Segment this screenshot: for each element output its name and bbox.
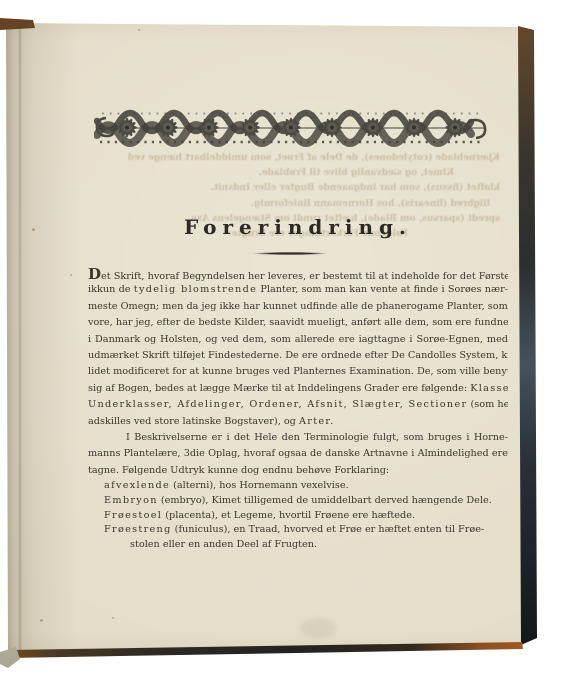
show-through-line: Kjærneblade (cotyledones), de Dele af Fr… <box>92 151 500 166</box>
body-text: Det Skrift, hvoraf Begyndelsen her lever… <box>88 266 508 553</box>
body-line: Underklasser, Afdelinger, Ordener, Afsni… <box>88 397 508 413</box>
foxing-speck <box>70 274 72 276</box>
body-line: sig af Bogen, bedes at lægge Mærke til a… <box>88 381 508 397</box>
body-line: udmærket Skrift tilføjet Findestederne. … <box>88 348 508 364</box>
body-line: lidet modificeret for at kunne bruges ve… <box>88 364 508 380</box>
foxing-speck <box>138 29 140 31</box>
floral-ornament-band <box>94 109 488 147</box>
gutter-crease <box>18 24 22 650</box>
book-photo: Kjærneblade (cotyledones), de Dele af Fr… <box>0 0 571 700</box>
body-line: adskilles ved store latinske Bogstaver),… <box>88 414 508 430</box>
body-line: meste Omegn; men da jeg ikke har kunnet … <box>88 299 508 315</box>
paper-stain <box>300 618 336 638</box>
body-line: manns Plantelære, 3die Oplag, hvoraf ogs… <box>88 446 508 462</box>
show-through-line: Kimet, og sædvanlig blive til Frøblade. <box>92 166 500 181</box>
body-line: Det Skrift, hvoraf Begyndelsen her lever… <box>88 266 508 282</box>
body-line: I Beskrivelserne er i det Hele den Termi… <box>88 430 508 446</box>
page-title: Forerindring. <box>88 215 508 239</box>
body-line: vore, har jeg, efter de bedste Kilder, s… <box>88 315 508 331</box>
glossary-line: afvexlende (alterni), hos Hornemann vexe… <box>88 479 508 494</box>
foxing-speck <box>112 617 114 619</box>
glossary-line: Frøestreng (funiculus), en Traad, hvorve… <box>88 523 508 538</box>
glossary-line: Frøestoel (placenta), et Legeme, hvortil… <box>88 509 508 524</box>
body-line: tagne. Følgende Udtryk kunne dog endnu b… <box>88 463 508 479</box>
glossary-line: stolen eller en anden Deel af Frugten. <box>88 538 508 553</box>
body-line: ikkun de tydelig blomstrende Planter, so… <box>88 282 508 298</box>
swelled-rule-divider <box>252 252 328 255</box>
foxing-speck <box>40 619 43 622</box>
show-through-line: kløftet (fissus), som har indgaaende Bug… <box>92 181 500 196</box>
foxing-speck <box>32 228 35 231</box>
body-line: i Danmark og Holsten, og ved dem, som al… <box>88 332 508 348</box>
glossary-line: Embryon (embryo), Kimet tilligemed de um… <box>88 494 508 509</box>
drop-cap: D <box>88 266 101 282</box>
show-through-line: liigbred (linearis), hos Hornemann linie… <box>92 197 500 212</box>
